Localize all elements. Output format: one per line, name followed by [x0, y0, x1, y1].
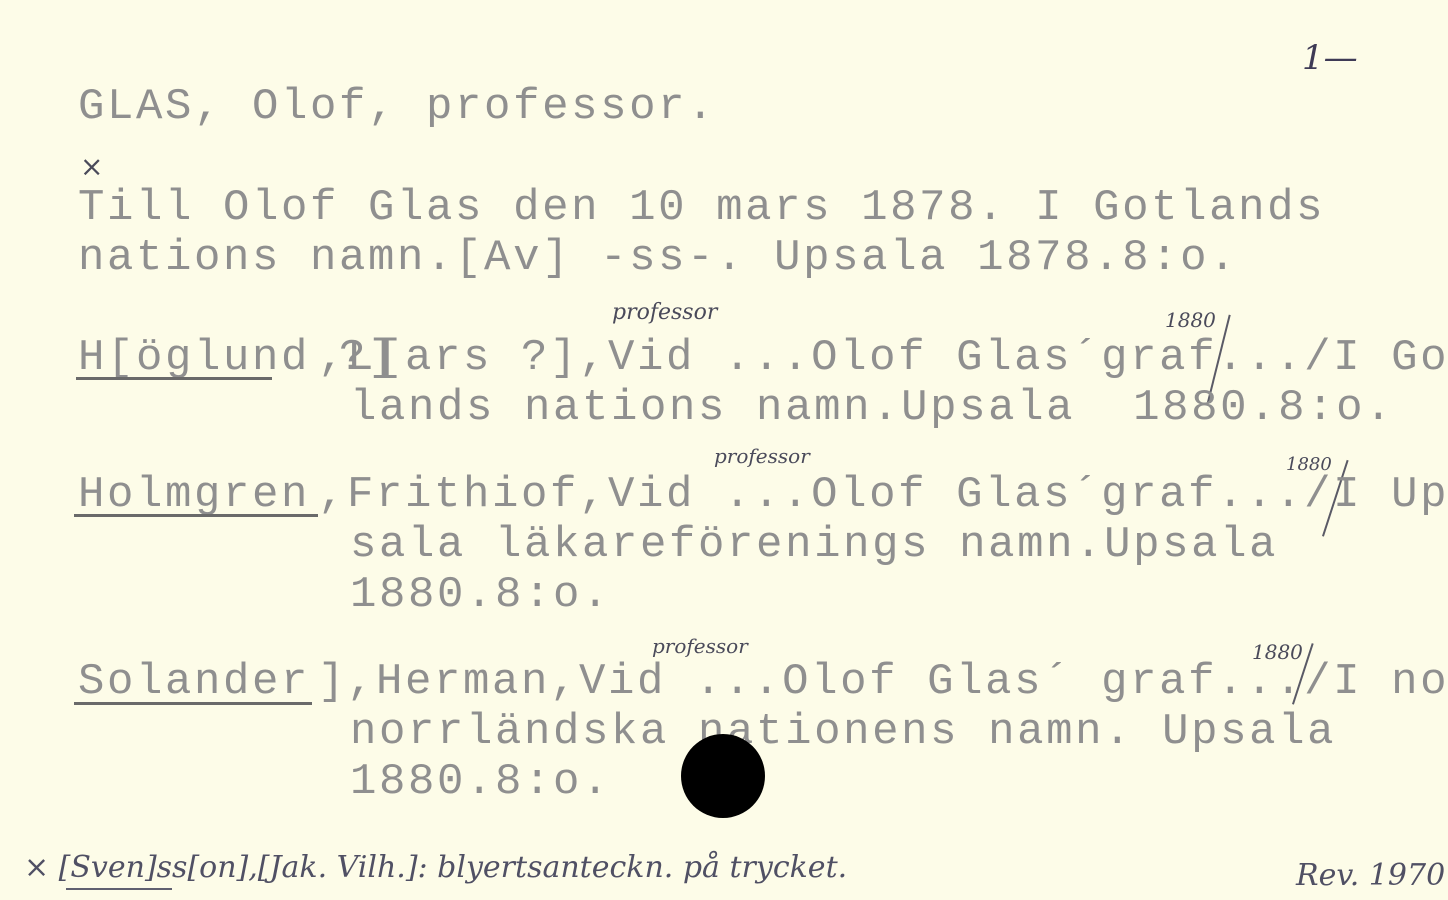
- entry-4-line-2: norrländska nationens namn. Upsala: [350, 707, 1336, 757]
- x-mark: ×: [80, 150, 103, 183]
- entry-3-author-underline: [74, 514, 318, 517]
- punch-hole: [681, 734, 765, 818]
- entry-3-author: Holmgren: [78, 470, 310, 520]
- entry-4-author: Solander: [78, 657, 310, 707]
- footer-note-underline: [66, 888, 172, 890]
- page-mark: 1—: [1302, 38, 1358, 78]
- footer-note: × [Sven]ss[on],[Jak. Vilh.]: blyertsante…: [24, 850, 847, 885]
- revision-mark: Rev. 1970: [1296, 858, 1445, 893]
- entry-1-line-2: nations namn.[Av] -ss-. Upsala 1878.8:o.: [78, 233, 1238, 283]
- entry-2-annotation-year: 1880: [1165, 308, 1216, 332]
- entry-2-author-underline: [76, 377, 272, 380]
- entry-3-line-1: ,Frithiof,Vid ...Olof Glas´graf.../I Up: [318, 470, 1448, 520]
- entry-3-annotation-word: professor: [714, 444, 810, 468]
- entry-3-line-3: 1880.8:o.: [350, 570, 611, 620]
- entry-2-annotation-word: professor: [612, 300, 717, 325]
- entry-4-annotation-word: professor: [652, 634, 748, 658]
- entry-3-line-2: sala läkareförenings namn.Upsala: [350, 520, 1278, 570]
- entry-4-line-3: 1880.8:o.: [350, 757, 611, 807]
- entry-4-line-1: ],Herman,Vid ...Olof Glas´ graf.../I nor: [318, 657, 1448, 707]
- entry-2-line-1: ,L[ars ?],Vid ...Olof Glas´graf.../I Got…: [318, 333, 1448, 383]
- entry-2-line-2: lands nations namn.Upsala 1880.8:o.: [350, 383, 1394, 433]
- entry-1-line-1: Till Olof Glas den 10 mars 1878. I Gotla…: [78, 183, 1325, 233]
- catalog-card: 1— GLAS, Olof, professor. × Till Olof Gl…: [0, 0, 1448, 900]
- entry-4-author-underline: [74, 702, 312, 705]
- card-heading: GLAS, Olof, professor.: [78, 82, 716, 132]
